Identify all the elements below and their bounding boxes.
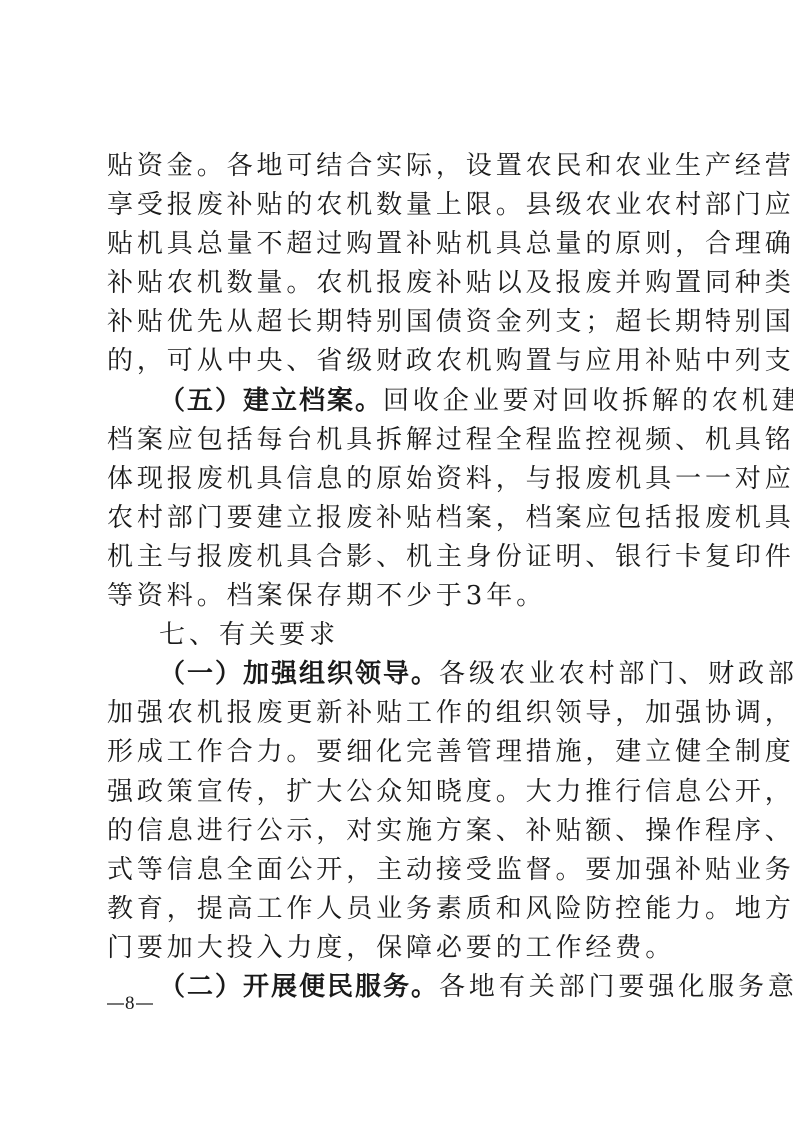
page-number-footer: 8 xyxy=(107,993,153,1015)
dash-decoration xyxy=(136,1003,153,1005)
text-line: 贴资金。各地可结合实际，设置农民和农业生产经营组织年度内 xyxy=(107,147,697,186)
text-line: （五）建立档案。回收企业要对回收拆解的农机建立档案， xyxy=(107,382,697,421)
text-line: 加强农机报废更新补贴工作的组织领导，加强协调，密切配合， xyxy=(107,694,697,733)
dash-decoration xyxy=(107,1003,124,1005)
text-line: 体现报废机具信息的原始资料，与报废机具一一对应。县级农业 xyxy=(107,460,697,499)
text-line: （二）开展便民服务。各地有关部门要强化服务意识，创新 xyxy=(107,968,697,1007)
text-line: 教育，提高工作人员业务素质和风险防控能力。地方各级财政部 xyxy=(107,890,697,929)
section-5-heading: （五）建立档案。 xyxy=(159,386,383,416)
text-line: 补贴农机数量。农机报废补贴以及报废并购置同种类机具的购置 xyxy=(107,264,697,303)
text-line: 贴机具总量不超过购置补贴机具总量的原则，合理确定年度报废 xyxy=(107,225,697,264)
text-line: 补贴优先从超长期特别国债资金列支；超长期特别国债资金不足 xyxy=(107,303,697,342)
subsection-2-text: 各地有关部门要强化服务意识，创新 xyxy=(439,972,793,1002)
text-line: 档案应包括每台机具拆解过程全程监控视频、机具铭牌或其他能 xyxy=(107,421,697,460)
text-line: 门要加大投入力度，保障必要的工作经费。 xyxy=(107,929,697,968)
text-line: 等资料。档案保存期不少于3年。 xyxy=(107,577,697,616)
chapter-7-title: 七、有关要求 xyxy=(107,616,697,655)
text-line: 农村部门要建立报废补贴档案，档案应包括报废机具来源证明、 xyxy=(107,499,697,538)
text-line: 强政策宣传，扩大公众知晓度。大力推行信息公开，对享受补贴 xyxy=(107,773,697,812)
paragraph-subsection-2-services: （二）开展便民服务。各地有关部门要强化服务意识，创新 xyxy=(107,968,697,1007)
text-line: 的，可从中央、省级财政农机购置与应用补贴中列支。 xyxy=(107,342,697,381)
text-line: 享受报废补贴的农机数量上限。县级农业农村部门应按照报废补 xyxy=(107,186,697,225)
page-number: 8 xyxy=(124,993,136,1015)
section-5-text: 回收企业要对回收拆解的农机建立档案， xyxy=(383,386,793,416)
subsection-1-heading: （一）加强组织领导。 xyxy=(159,659,439,689)
subsection-1-text: 各级农业农村部门、财政部门要切实 xyxy=(439,659,793,689)
text-line: （一）加强组织领导。各级农业农村部门、财政部门要切实 xyxy=(107,655,697,694)
paragraph-subsection-1-leadership: （一）加强组织领导。各级农业农村部门、财政部门要切实 加强农机报废更新补贴工作的… xyxy=(107,655,697,968)
text-line: 机主与报废机具合影、机主身份证明、银行卡复印件、《确认表》 xyxy=(107,538,697,577)
text-line: 式等信息全面公开，主动接受监督。要加强补贴业务培训和警示 xyxy=(107,851,697,890)
paragraph-continuation: 贴资金。各地可结合实际，设置农民和农业生产经营组织年度内 享受报废补贴的农机数量… xyxy=(107,147,697,382)
text-line: 形成工作合力。要细化完善管理措施，建立健全制度机制。要加 xyxy=(107,733,697,772)
paragraph-section-5-archives: （五）建立档案。回收企业要对回收拆解的农机建立档案， 档案应包括每台机具拆解过程… xyxy=(107,382,697,617)
text-line: 的信息进行公示，对实施方案、补贴额、操作程序、投诉咨询方 xyxy=(107,812,697,851)
subsection-2-heading: （二）开展便民服务。 xyxy=(159,972,439,1002)
document-page: 贴资金。各地可结合实际，设置农民和农业生产经营组织年度内 享受报废补贴的农机数量… xyxy=(107,147,697,1007)
